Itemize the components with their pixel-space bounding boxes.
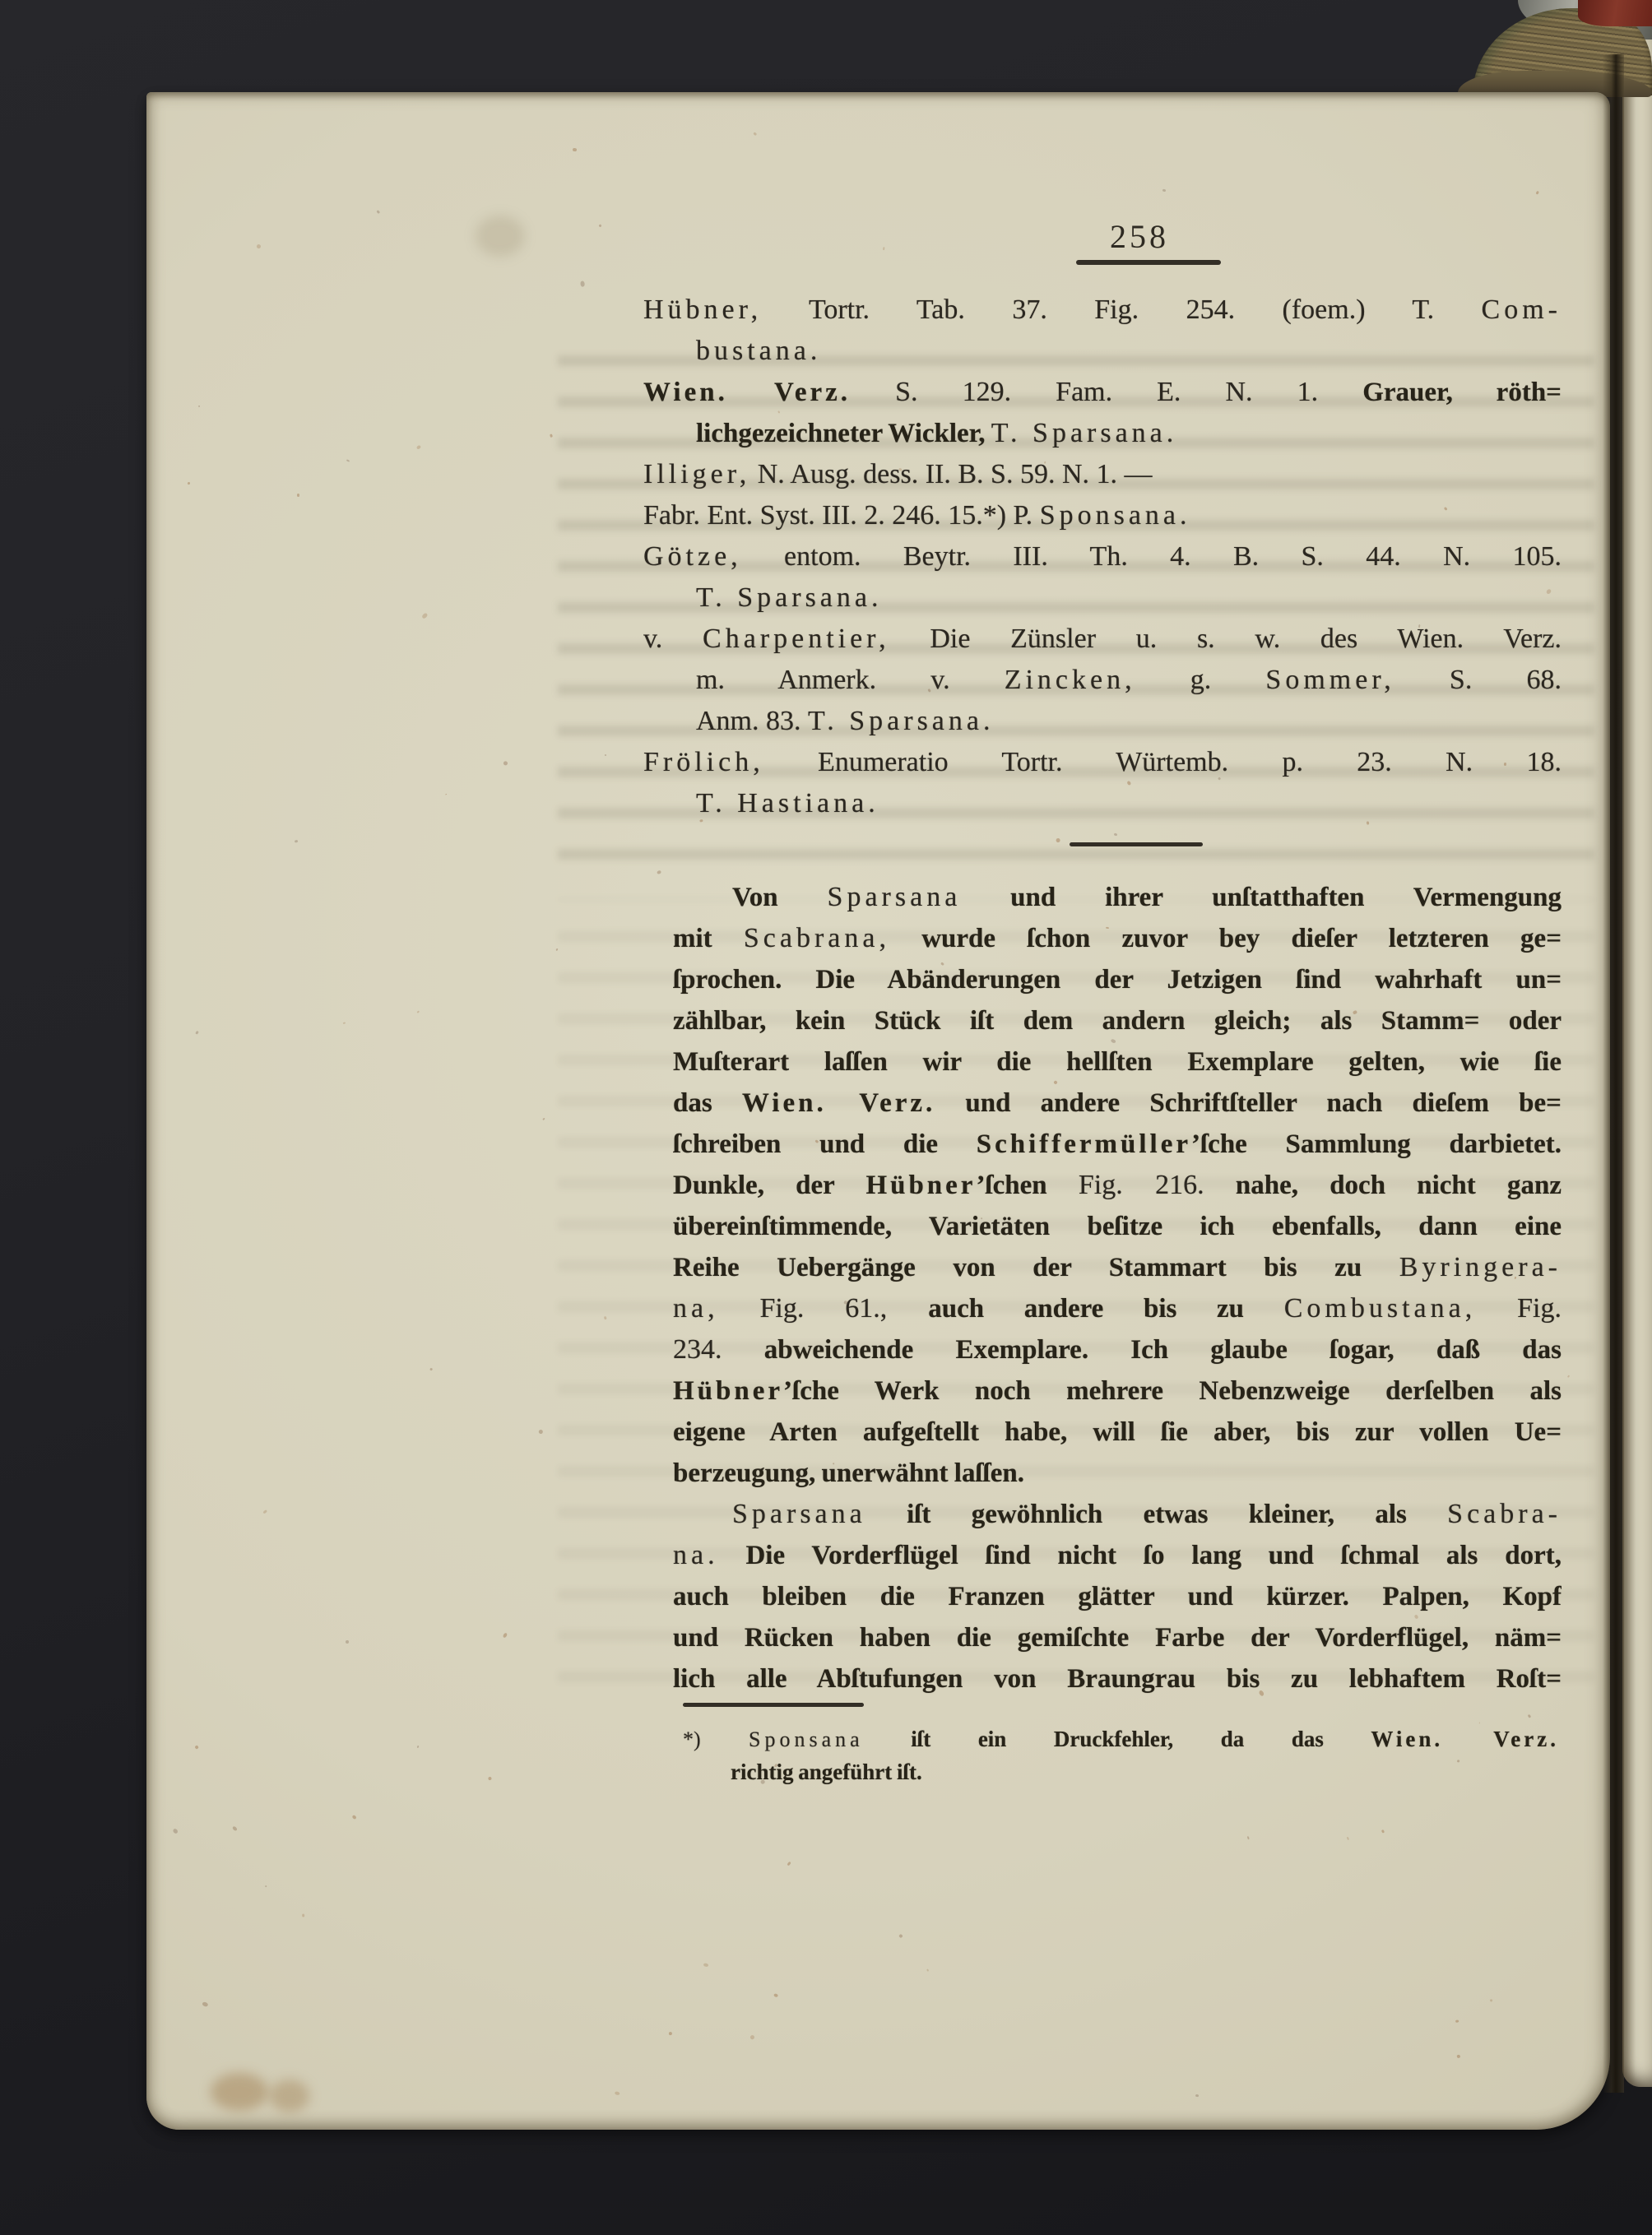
paper-speck (416, 444, 421, 449)
text-segment: N. Ausg. dess. II. B. S. 59. N. 1. — (750, 459, 1152, 489)
text-segment: m. Anmerk. v. (696, 665, 1005, 695)
paper-stain (476, 216, 525, 257)
footnote: *) Sponsana iſt ein Druckfehler, da das … (683, 1723, 1559, 1788)
paper-speck (1456, 2054, 1460, 2058)
text-segment: und Rücken haben die gemiſchte Farbe der… (673, 1623, 1562, 1653)
paper-speck (1114, 832, 1118, 836)
paper-speck (749, 2034, 755, 2040)
text-segment: Sponsana. (1040, 500, 1191, 531)
paper-speck (417, 1011, 420, 1013)
body-line: ſprochen. Die Abänderungen der Jetzigen … (673, 959, 1562, 1000)
text-segment: Sommer, (1265, 665, 1394, 695)
reference-line: bustana. (643, 331, 1562, 372)
paper-speck (669, 2032, 672, 2035)
paper-speck (1346, 1837, 1349, 1841)
paper-speck (487, 1776, 491, 1780)
body-line: Sparsana iſt gewöhnlich etwas kleiner, a… (673, 1494, 1562, 1535)
text-segment: Tortr. Tab. 37. Fig. 254. (foem.) T. (762, 294, 1481, 325)
text-segment: Byringera- (1399, 1252, 1562, 1282)
paper-speck (1567, 1375, 1571, 1378)
text-segment: ſprochen. Die Abänderungen der Jetzigen … (673, 965, 1562, 995)
paper-speck (573, 147, 577, 151)
text-segment: Fig. 61., (719, 1293, 929, 1324)
text-segment: Scabrana, (744, 923, 890, 953)
text-segment: nahe, doch nicht ganz (1204, 1171, 1562, 1200)
text-segment: Reihe Uebergänge von der Stammart bis zu (673, 1253, 1399, 1282)
paper-speck (1528, 1714, 1531, 1718)
paper-speck (1195, 2094, 1198, 2098)
paper-speck (264, 1885, 267, 1888)
reference-list: Hübner, Tortr. Tab. 37. Fig. 254. (foem.… (643, 290, 1562, 824)
paper-speck (503, 1633, 508, 1639)
text-segment: Hübner (865, 1171, 976, 1200)
text-segment: S. 129. Fam. E. N. 1. (851, 377, 1362, 407)
text-segment: Scabra- (1447, 1499, 1562, 1529)
text-segment: eigene Arten aufgeſtellt habe, will ſie … (673, 1417, 1562, 1447)
paper-speck (754, 132, 758, 137)
text-segment: Sponsana (749, 1727, 864, 1751)
paper-speck (345, 1640, 348, 1644)
body-line: zählbar, kein Stück iſt dem andern gleic… (673, 1000, 1562, 1041)
paper-speck (198, 405, 200, 406)
text-segment: auch andere bis zu (928, 1294, 1283, 1324)
paper-speck (195, 1746, 200, 1750)
paper-speck (202, 2001, 208, 2007)
paper-speck (1536, 191, 1539, 195)
reference-line: Frölich, Enumeratio Tortr. Würtemb. p. 2… (643, 742, 1562, 783)
paper-speck (581, 281, 585, 286)
text-segment: na. (673, 1540, 719, 1570)
body-line: berzeugung, unerwähnt laſſen. (673, 1453, 1562, 1494)
paper-speck (1455, 2020, 1459, 2023)
footnote-rule (683, 1703, 864, 1707)
text-segment: Schiffermüller (977, 1129, 1191, 1159)
text-segment: S. 68. (1395, 665, 1562, 695)
reference-line: v. Charpentier, Die Zünsler u. s. w. des… (643, 619, 1562, 660)
paper-speck (1056, 838, 1060, 843)
text-segment: wurde ſchon zuvor bey dieſer letzteren g… (890, 924, 1562, 953)
text-segment: berzeugung, unerwähnt laſſen. (673, 1458, 1024, 1488)
text-segment: iſt gewöhnlich etwas kleiner, als (866, 1500, 1447, 1529)
paper-speck (346, 459, 350, 462)
body-line: das Wien. Verz. und andere Schriftſtelle… (673, 1083, 1562, 1124)
text-segment: *) (683, 1727, 749, 1751)
text-segment: richtig angeführt iſt. (731, 1760, 922, 1784)
paper-speck (231, 1825, 238, 1831)
text-segment: T. Hastiana. (696, 788, 879, 818)
text-segment: na, (673, 1293, 719, 1324)
text-segment: ſchreiben und die (673, 1129, 977, 1159)
reference-line: m. Anmerk. v. Zincken, g. Sommer, S. 68. (643, 660, 1562, 701)
text-segment: T. Sparsana. (696, 582, 882, 613)
text-segment: Muſterart laſſen wir die hellſten Exempl… (673, 1047, 1562, 1077)
paper-stain (270, 2080, 309, 2112)
paper-speck (417, 1745, 420, 1748)
text-segment: Com- (1482, 294, 1562, 325)
text-segment: Von (732, 883, 828, 912)
paper-speck (173, 1828, 179, 1834)
text-segment: das (673, 1088, 742, 1118)
text-segment: Götze, (643, 541, 742, 572)
text-segment: mit (673, 924, 744, 953)
body-text: Von Sparsana und ihrer unſtatthaften Ver… (673, 877, 1562, 1699)
body-line: Dunkle, der Hübner’ſchen Fig. 216. nahe,… (673, 1165, 1562, 1206)
paper-speck (1489, 1999, 1492, 2002)
body-line: na, Fig. 61., auch andere bis zu Combust… (673, 1288, 1562, 1329)
page-number-rule (1076, 260, 1221, 265)
text-segment: Die Zünsler u. s. w. des Wien. Verz. (890, 624, 1562, 654)
body-line: 234. abweichende Exemplare. Ich glaube ſ… (673, 1329, 1562, 1370)
reference-line: Hübner, Tortr. Tab. 37. Fig. 254. (foem.… (643, 290, 1562, 331)
body-line: Muſterart laſſen wir die hellſten Exempl… (673, 1041, 1562, 1083)
paper-speck (599, 224, 602, 227)
paper-speck (262, 1509, 267, 1514)
book-photo: 258 Hübner, Tortr. Tab. 37. Fig. 254. (f… (0, 0, 1652, 2235)
text-segment: ’ſche Werk noch mehrere Nebenzweige derſ… (783, 1376, 1562, 1406)
text-segment: Combustana, (1284, 1293, 1476, 1324)
text-segment: übereinſtimmende, Varietäten beſitze ich… (673, 1212, 1562, 1241)
text-segment: Wien. Verz. (1371, 1727, 1559, 1751)
paper-speck (556, 948, 559, 952)
text-segment: und andere Schriftſteller nach dieſem be… (935, 1088, 1562, 1118)
paper-speck (351, 1815, 357, 1820)
text-segment: Sparsana (732, 1499, 866, 1529)
text-segment: Grauer, röth= (1362, 378, 1562, 407)
paper-speck (421, 612, 428, 619)
paper-speck (614, 2091, 619, 2096)
paper-speck (1381, 1829, 1385, 1834)
text-segment: Frölich, (643, 747, 764, 777)
text-segment: Enumeratio Tortr. Würtemb. p. 23. N. 18. (764, 747, 1562, 777)
text-segment: Hübner, (643, 294, 762, 325)
paper-speck (604, 1316, 607, 1320)
body-line: Von Sparsana und ihrer unſtatthaften Ver… (673, 877, 1562, 918)
body-line: Hübner’ſche Werk noch mehrere Nebenzweig… (673, 1370, 1562, 1412)
book-cover-corner (1578, 0, 1652, 26)
text-segment: Zincken, (1005, 665, 1136, 695)
paper-speck (295, 840, 299, 843)
text-segment: abweichende Exemplare. Ich glaube ſogar,… (722, 1335, 1562, 1365)
reference-line: Anm. 83. T. Sparsana. (643, 701, 1562, 742)
reference-line: Fabr. Ent. Syst. III. 2. 246. 15.*) P. S… (643, 495, 1562, 536)
body-line: Reihe Uebergänge von der Stammart bis zu… (673, 1247, 1562, 1288)
paper-speck (542, 1118, 545, 1120)
paper-speck (429, 1367, 433, 1370)
text-segment: ’ſche Sammlung darbietet. (1191, 1129, 1562, 1159)
body-line: eigene Arten aufgeſtellt habe, will ſie … (673, 1412, 1562, 1453)
body-line: lich alle Abſtufungen von Braungrau bis … (673, 1658, 1562, 1699)
reference-line: Götze, entom. Beytr. III. Th. 4. B. S. 4… (643, 536, 1562, 577)
paper-speck (256, 243, 262, 249)
reference-line: lichgezeichneter Wickler, T. Sparsana. (643, 413, 1562, 454)
text-segment: Fig. 216. (1079, 1170, 1204, 1200)
text-segment: v. (643, 624, 703, 654)
text-segment: T. Sparsana. (991, 418, 1177, 448)
footnote-line: richtig angeführt iſt. (683, 1755, 1559, 1788)
text-segment: iſt ein Druckfehler, da das (864, 1727, 1371, 1751)
body-line: übereinſtimmende, Varietäten beſitze ich… (673, 1206, 1562, 1247)
paper-speck (703, 1963, 709, 1967)
paper-speck (883, 247, 885, 250)
text-segment: Hübner (673, 1376, 783, 1406)
paper-speck (657, 869, 661, 874)
body-line: ſchreiben und die Schiffermüller’ſche Sa… (673, 1124, 1562, 1165)
paper-speck (297, 494, 299, 497)
paper-speck (1162, 188, 1167, 192)
reference-line: Wien. Verz. S. 129. Fam. E. N. 1. Grauer… (643, 372, 1562, 413)
paper-speck (550, 434, 552, 438)
reference-line: T. Hastiana. (643, 783, 1562, 824)
text-segment: Dunkle, der (673, 1171, 865, 1200)
paper-speck (1246, 1836, 1249, 1840)
text-segment: Illiger, (643, 459, 750, 489)
paper-stain (211, 2073, 268, 2111)
footnote-line: *) Sponsana iſt ein Druckfehler, da das … (683, 1723, 1559, 1755)
paper-speck (773, 1993, 778, 1998)
adjacent-page-edge (1622, 35, 1652, 2087)
text-segment: auch bleiben die Franzen glätter und kür… (673, 1582, 1562, 1611)
text-segment: Anm. 83. (696, 706, 808, 736)
text-segment: Charpentier, (703, 624, 890, 654)
paper-speck (926, 1968, 929, 1972)
text-segment: bustana. (696, 336, 821, 366)
text-segment: lichgezeichneter Wickler, (696, 419, 991, 448)
body-line: auch bleiben die Franzen glätter und kür… (673, 1576, 1562, 1617)
text-segment: ’ſchen (976, 1171, 1078, 1200)
paper-speck (377, 210, 380, 213)
page-number: 258 (1110, 217, 1169, 256)
text-segment: zählbar, kein Stück iſt dem andern gleic… (673, 1006, 1562, 1036)
reference-line: Illiger, N. Ausg. dess. II. B. S. 59. N.… (643, 454, 1562, 495)
text-segment: Fig. (1476, 1293, 1562, 1324)
paper-speck (343, 1022, 346, 1025)
text-segment: Wien. Verz. (643, 378, 851, 407)
body-line: na. Die Vorderflügel ſind nicht ſo lang … (673, 1535, 1562, 1576)
body-line: und Rücken haben die gemiſchte Farbe der… (673, 1617, 1562, 1658)
text-segment: und ihrer unſtatthaften Vermengung (961, 883, 1562, 912)
reference-line: T. Sparsana. (643, 577, 1562, 619)
book-page: 258 Hübner, Tortr. Tab. 37. Fig. 254. (f… (146, 92, 1610, 2130)
text-segment: Wien. Verz. (742, 1088, 935, 1118)
paper-speck (445, 793, 447, 795)
text-segment: Fabr. Ent. Syst. III. 2. 246. 15.*) P. (643, 500, 1040, 531)
paper-speck (787, 1862, 791, 1866)
paper-speck (302, 1914, 304, 1917)
text-segment: g. (1136, 665, 1266, 695)
text-segment: Die Vorderflügel ſind nicht ſo lang und … (719, 1541, 1562, 1570)
paper-speck (538, 1429, 544, 1435)
body-line: mit Scabrana, wurde ſchon zuvor bey dieſ… (673, 918, 1562, 959)
section-divider-rule (1070, 842, 1203, 846)
paper-speck (605, 754, 607, 755)
text-segment: 234. (673, 1334, 722, 1365)
text-segment: T. Sparsana. (808, 706, 994, 736)
text-segment: entom. Beytr. III. Th. 4. B. S. 44. N. 1… (742, 541, 1562, 572)
text-segment: Sparsana (828, 882, 962, 912)
text-segment: lich alle Abſtufungen von Braungrau bis … (673, 1664, 1562, 1694)
paper-speck (898, 1933, 903, 1938)
paper-speck (196, 1031, 199, 1034)
paper-speck (187, 482, 189, 485)
paper-speck (502, 760, 508, 766)
